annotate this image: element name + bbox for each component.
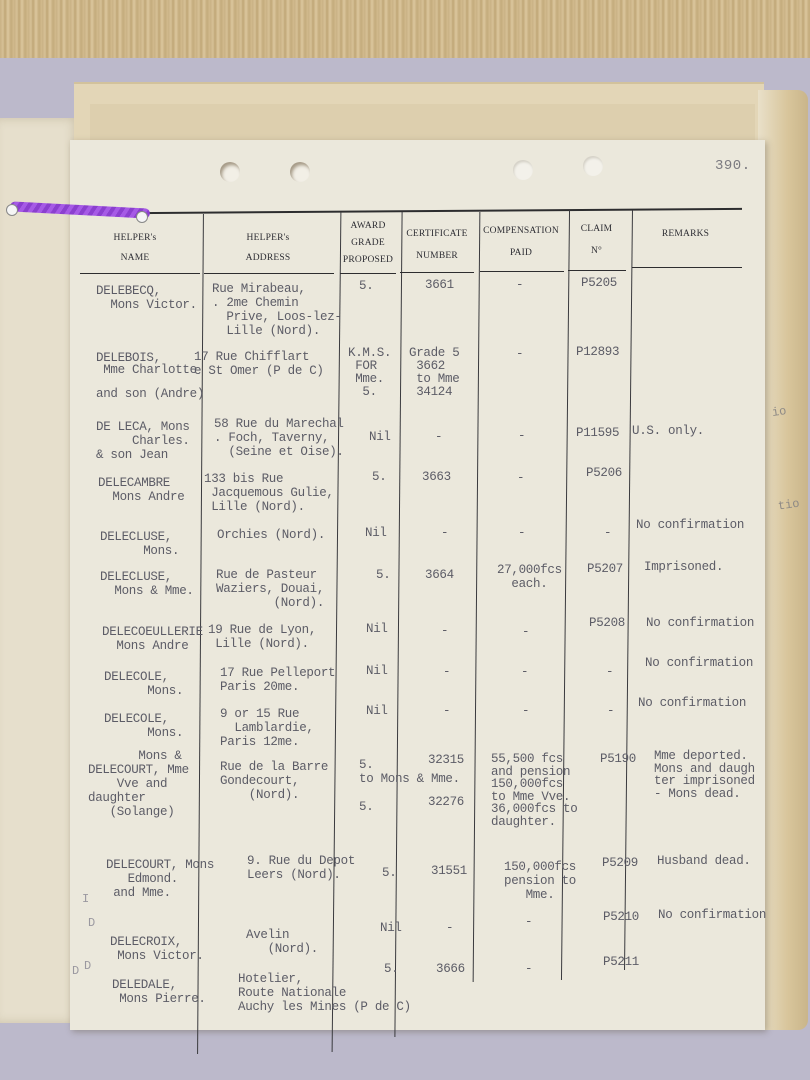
column-divider: [394, 212, 402, 1037]
certificate-number: 32315 32276: [428, 753, 464, 809]
header-line: COMPENSATION: [476, 220, 566, 242]
award-grade: Nil: [366, 664, 388, 678]
header-rule: [80, 273, 200, 274]
header-remarks: REMARKS: [628, 224, 743, 244]
claim-number: P5208: [589, 616, 625, 630]
header-line: GRADE: [336, 235, 400, 252]
helper-address: Rue de la Barre Gondecourt, (Nord).: [220, 760, 328, 802]
header-award-grade: AWARD GRADE PROPOSED: [336, 218, 400, 269]
helper-address: 9. Rue du Depot Leers (Nord).: [247, 854, 355, 882]
punch-hole: [290, 162, 310, 182]
helper-name: Mons & DELECOURT, Mme Vve and daughter (…: [88, 749, 189, 819]
header-line: ADDRESS: [200, 248, 336, 268]
award-grade: 5.: [359, 279, 373, 293]
compensation-paid: -: [518, 429, 525, 443]
remarks: No confirmation: [645, 656, 753, 670]
certificate-number: -: [446, 921, 453, 935]
certificate-number: -: [441, 624, 448, 638]
bleed-through-text: io: [771, 404, 787, 420]
remarks: Imprisoned.: [644, 560, 723, 574]
header-line: N°: [565, 240, 628, 262]
certificate-number: 3666: [436, 962, 465, 976]
header-line: CERTIFICATE: [398, 223, 476, 245]
claim-number: P5209: [602, 856, 638, 870]
punch-hole: [220, 162, 240, 182]
binding-eyelet: [6, 204, 18, 216]
claim-number: P5206: [586, 466, 622, 480]
award-grade: 5.: [382, 866, 396, 880]
remarks: No confirmation: [646, 616, 754, 630]
helper-address: Orchies (Nord).: [217, 528, 325, 542]
header-line: NUMBER: [398, 245, 476, 267]
header-certificate-number: CERTIFICATE NUMBER: [398, 223, 476, 267]
award-grade: Nil: [366, 704, 388, 718]
helper-name: DELECAMBRE Mons Andre: [98, 476, 184, 504]
compensation-paid: -: [522, 704, 529, 718]
page-stack-right-edge: io tio: [758, 90, 808, 1030]
header-line: REMARKS: [628, 224, 743, 244]
helper-address: 9 or 15 Rue Lamblardie, Paris 12me.: [220, 707, 314, 749]
award-grade: 5.: [372, 470, 386, 484]
compensation-paid: -: [525, 962, 532, 976]
header-line: PROPOSED: [336, 252, 400, 269]
claim-number: P5211: [603, 955, 639, 969]
certificate-number: -: [443, 704, 450, 718]
column-divider: [332, 212, 342, 1052]
helper-address: 17 Rue Chifflart e St Omer (P de C): [194, 350, 324, 378]
header-helper-name: HELPER's NAME: [70, 228, 200, 268]
remarks: No confirmation: [658, 908, 766, 922]
header-rule: [340, 273, 396, 274]
compensation-paid: -: [525, 915, 532, 929]
page-number: 390.: [715, 158, 751, 174]
helper-address: Hotelier, Route Nationale Auchy les Mine…: [238, 972, 411, 1014]
remarks: Husband dead.: [657, 854, 751, 868]
bleed-through-text: tio: [777, 497, 800, 514]
compensation-paid: -: [522, 625, 529, 639]
award-grade: Nil: [365, 526, 387, 540]
compensation-paid: -: [521, 665, 528, 679]
header-rule: [204, 273, 334, 274]
helper-name: DELECOEULLERIE Mons Andre: [102, 625, 203, 653]
helper-name: DELECROIX, Mons Victor.: [110, 935, 204, 963]
award-grade: K.M.S. FOR Mme. 5.: [348, 347, 391, 399]
header-claim-number: CLAIM N°: [565, 218, 628, 262]
header-line: NAME: [70, 248, 200, 268]
claim-number: -: [607, 704, 614, 718]
certificate-number: 3661: [425, 278, 454, 292]
helper-name: DELECOLE, Mons.: [104, 670, 183, 698]
helper-name: DELECOLE, Mons.: [104, 712, 183, 740]
helper-name: DELEBOIS, Mme Charlotte and son (Andre): [96, 352, 204, 400]
claim-number: P11595: [576, 426, 619, 440]
table-top-rule: [138, 208, 742, 214]
certificate-number: -: [443, 665, 450, 679]
certificate-number: 31551: [431, 864, 467, 878]
award-grade: 5.: [376, 568, 390, 582]
remarks: Mme deported. Mons and daugh ter impriso…: [654, 750, 755, 800]
compensation-paid: 150,000fcs pension to Mme.: [504, 860, 576, 902]
helper-address: Rue Mirabeau, . 2me Chemin Prive, Loos-l…: [212, 282, 342, 338]
award-grade: Nil: [369, 430, 391, 444]
compensation-paid: 27,000fcs each.: [497, 563, 562, 591]
remarks: No confirmation: [638, 696, 746, 710]
certificate-number: Grade 5 3662 to Mme 34124: [409, 347, 459, 399]
award-grade: 5.: [384, 962, 398, 976]
punch-hole: [513, 160, 533, 180]
margin-mark: D: [72, 964, 79, 978]
header-rule: [632, 267, 742, 268]
certificate-number: 3663: [422, 470, 451, 484]
claim-number: P5210: [603, 910, 639, 924]
compensation-paid: -: [518, 526, 525, 540]
header-line: HELPER's: [70, 228, 200, 248]
helper-address: 19 Rue de Lyon, Lille (Nord).: [208, 623, 316, 651]
compensation-paid: -: [517, 471, 524, 485]
claim-number: -: [604, 526, 611, 540]
helper-name: DELECOURT, Mons Edmond. and Mme.: [106, 858, 214, 900]
margin-mark: I: [82, 892, 89, 906]
claim-number: P5190: [600, 752, 636, 766]
header-line: AWARD: [336, 218, 400, 235]
helper-name: DELECLUSE, Mons.: [100, 530, 179, 558]
compensation-paid: 55,500 fcs and pension 150,000fcs to Mme…: [491, 753, 577, 828]
header-rule: [568, 270, 626, 271]
certificate-number: 3664: [425, 568, 454, 582]
helper-address: 17 Rue Pelleport Paris 20me.: [220, 666, 335, 694]
header-rule: [480, 271, 564, 272]
helper-name: DELECLUSE, Mons & Mme.: [100, 570, 194, 598]
certificate-number: -: [435, 430, 442, 444]
header-helper-address: HELPER's ADDRESS: [200, 228, 336, 268]
helper-address: 58 Rue du Marechal . Foch, Taverny, (Sei…: [214, 417, 344, 459]
header-compensation-paid: COMPENSATION PAID: [476, 220, 566, 264]
claim-number: -: [606, 665, 613, 679]
remarks: No confirmation: [636, 518, 744, 532]
punch-hole: [583, 156, 603, 176]
compensation-paid: -: [516, 278, 523, 292]
claim-number: P12893: [576, 345, 619, 359]
helper-address: Avelin (Nord).: [246, 928, 318, 956]
compensation-paid: -: [516, 347, 523, 361]
margin-mark: D: [88, 916, 95, 930]
helper-address: Rue de Pasteur Waziers, Douai, (Nord).: [216, 568, 324, 610]
header-line: CLAIM: [565, 218, 628, 240]
award-grade: Nil: [380, 921, 402, 935]
claim-number: P5207: [587, 562, 623, 576]
helper-name: DE LECA, Mons Charles. & son Jean: [96, 420, 190, 462]
helper-name: DELEBECQ, Mons Victor.: [96, 284, 197, 312]
helper-name: DELEDALE, Mons Pierre.: [112, 978, 206, 1006]
document-page: 390. HELPER's NAME HELPER's ADDRESS AWAR…: [70, 140, 765, 1030]
column-divider: [473, 212, 481, 982]
header-rule: [400, 272, 474, 273]
header-line: HELPER's: [200, 228, 336, 248]
remarks: U.S. only.: [632, 424, 704, 438]
header-line: PAID: [476, 242, 566, 264]
award-grade: Nil: [366, 622, 388, 636]
helper-address: 133 bis Rue Jacquemous Gulie, Lille (Nor…: [204, 472, 334, 514]
binding-eyelet: [136, 211, 148, 223]
claim-number: P5205: [581, 276, 617, 290]
margin-mark: D: [84, 959, 91, 973]
certificate-number: -: [441, 526, 448, 540]
